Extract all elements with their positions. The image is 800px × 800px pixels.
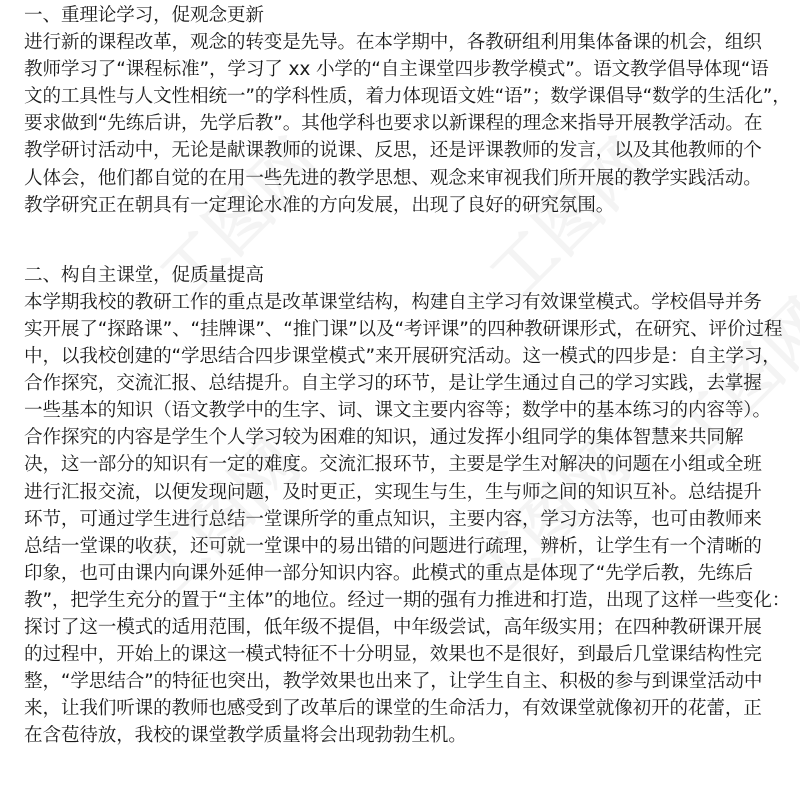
section-heading: 一、重理论学习，促观念更新 xyxy=(24,2,780,29)
paragraph-line: 一些基本的知识（语文教学中的生字、词、课文主要内容等；数学中的基本练习的内容等）… xyxy=(24,397,780,424)
document-body: 一、重理论学习，促观念更新 进行新的课程改革，观念的转变是先导。在本学期中，各教… xyxy=(24,2,780,749)
paragraph-line: 进行新的课程改革，观念的转变是先导。在本学期中，各教研组利用集体备课的机会，组织 xyxy=(24,29,780,56)
paragraph-line: 中，以我校创建的“学思结合四步课堂模式”来开展研究活动。这一模式的四步是：自主学… xyxy=(24,343,780,370)
paragraph-line: 实开展了“探路课”、“挂牌课”、“推门课”以及“考评课”的四种教研课形式，在研究… xyxy=(24,316,780,343)
paragraph-line: 整，“学思结合”的特征也突出，教学效果也出来了，让学生自主、积极的参与到课堂活动… xyxy=(24,668,780,695)
paragraph-line: 人体会，他们都自觉的在用一些先进的教学思想、观念来审视我们所开展的教学实践活动。 xyxy=(24,165,780,192)
paragraph-line: 在含苞待放，我校的课堂教学质量将会出现勃勃生机。 xyxy=(24,722,780,749)
paragraph-line: 总结一堂课的收获，还可就一堂课中的易出错的问题进行疏理，辨析，让学生有一个清晰的 xyxy=(24,533,780,560)
paragraph-line: 合作探究，交流汇报、总结提升。自主学习的环节，是让学生通过自己的学习实践，去掌握 xyxy=(24,370,780,397)
paragraph-line: 文的工具性与人文性相统一”的学科性质，着力体现语文姓“语”；数学课倡导“数学的生… xyxy=(24,83,780,110)
section-spacer xyxy=(24,219,780,262)
section-2: 二、构自主课堂，促质量提高 本学期我校的教研工作的重点是改革课堂结构，构建自主学… xyxy=(24,262,780,750)
document-page: 工图网 工图网 工图网 工图网 工图网 一、重理论学习，促观念更新 进行新的课程… xyxy=(0,0,800,800)
section-heading: 二、构自主课堂，促质量提高 xyxy=(24,262,780,289)
paragraph-line: 决，这一部分的知识有一定的难度。交流汇报环节，主要是学生对解决的问题在小组或全班 xyxy=(24,451,780,478)
paragraph-line: 进行汇报交流，以便发现问题，及时更正，实现生与生，生与师之间的知识互补。总结提升 xyxy=(24,479,780,506)
paragraph-line: 合作探究的内容是学生个人学习较为困难的知识，通过发挥小组同学的集体智慧来共同解 xyxy=(24,424,780,451)
paragraph-line: 教师学习了“课程标准”，学习了 xx 小学的“自主课堂四步教学模式”。语文教学倡… xyxy=(24,56,780,83)
paragraph-line: 的过程中，开始上的课这一模式特征不十分明显，效果也不是很好，到最后几堂课结构性完 xyxy=(24,641,780,668)
paragraph-line: 教学研讨活动中，无论是献课教师的说课、反思，还是评课教师的发言，以及其他教师的个 xyxy=(24,137,780,164)
section-1: 一、重理论学习，促观念更新 进行新的课程改革，观念的转变是先导。在本学期中，各教… xyxy=(24,2,780,219)
paragraph-line: 要求做到“先练后讲，先学后教”。其他学科也要求以新课程的理念来指导开展教学活动。… xyxy=(24,110,780,137)
paragraph-line: 教学研究正在朝具有一定理论水准的方向发展，出现了良好的研究氛围。 xyxy=(24,192,780,219)
paragraph-line: 探讨了这一模式的适用范围，低年级不提倡，中年级尝试，高年级实用；在四种教研课开展 xyxy=(24,614,780,641)
paragraph-line: 教”，把学生充分的置于“主体”的地位。经过一期的强有力推进和打造，出现了这样一些… xyxy=(24,587,780,614)
paragraph-line: 环节，可通过学生进行总结一堂课所学的重点知识，主要内容，学习方法等，也可由教师来 xyxy=(24,506,780,533)
paragraph-line: 本学期我校的教研工作的重点是改革课堂结构，构建自主学习有效课堂模式。学校倡导并务 xyxy=(24,289,780,316)
paragraph-line: 来，让我们听课的教师也感受到了改革后的课堂的生命活力，有效课堂就像初开的花蕾，正 xyxy=(24,695,780,722)
paragraph-line: 印象，也可由课内向课外延伸一部分知识内容。此模式的重点是体现了“先学后教，先练后 xyxy=(24,560,780,587)
